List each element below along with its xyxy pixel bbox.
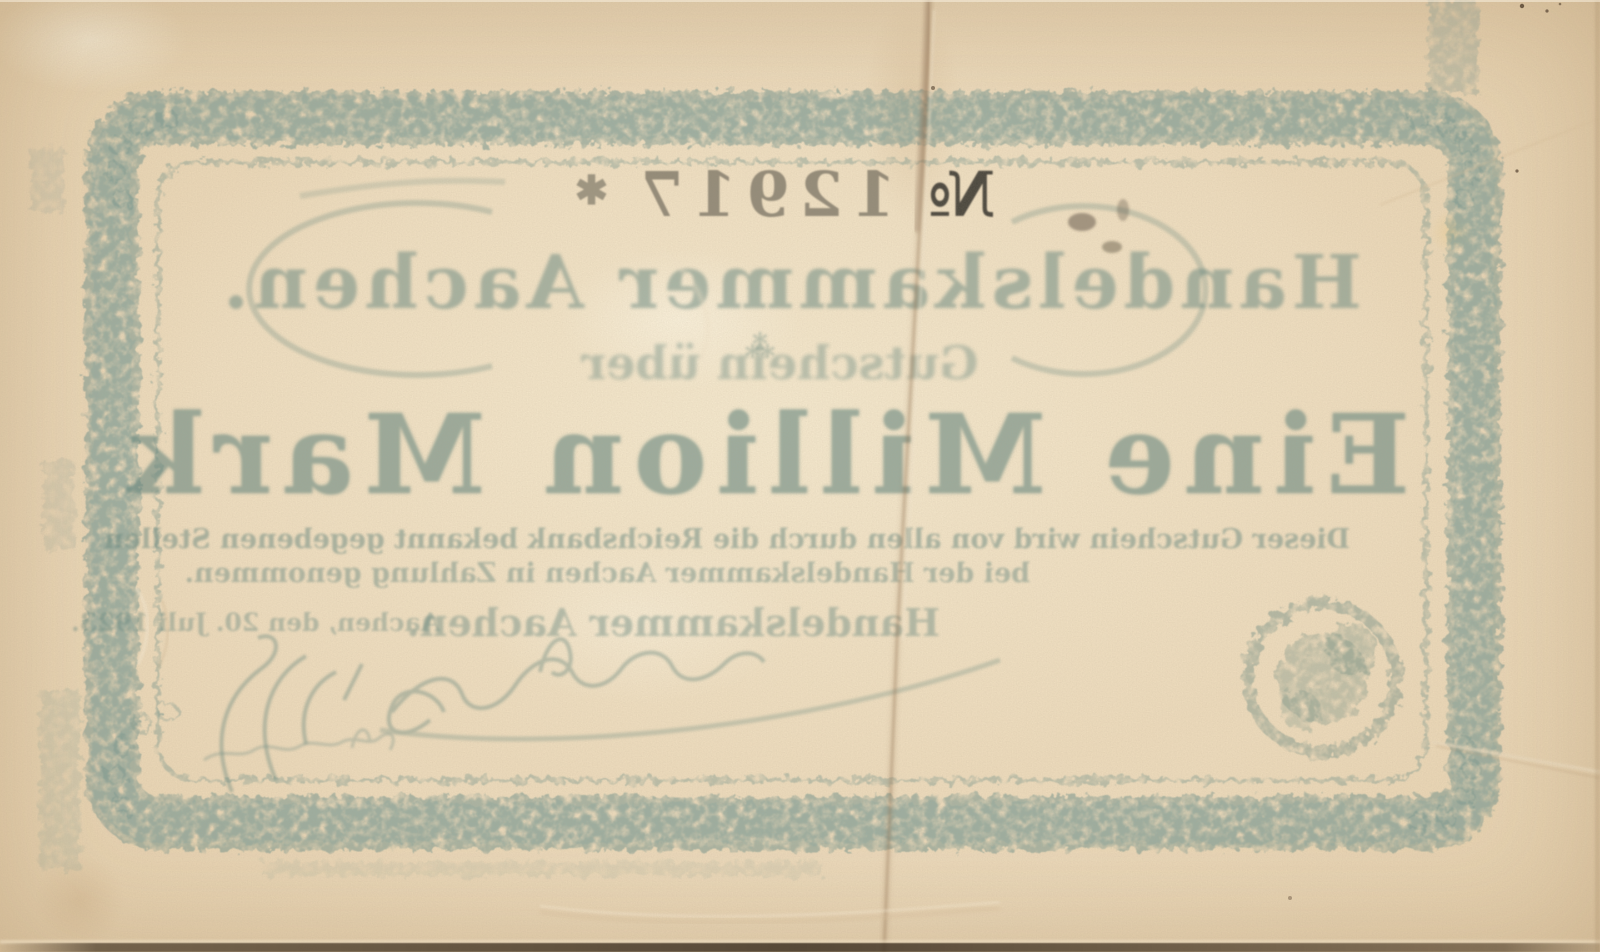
bottom-scan-edge-shadow	[0, 943, 1600, 952]
paper-damage-over	[0, 0, 1600, 952]
banknote-reverse-scan: №12917✱ Handelskammer Aachen. ⁂ Gutschei…	[0, 0, 1600, 952]
top-paper-edge	[0, 0, 1600, 2]
paper-grain-texture	[0, 0, 1600, 952]
right-scan-edge-shadow	[1595, 0, 1600, 952]
